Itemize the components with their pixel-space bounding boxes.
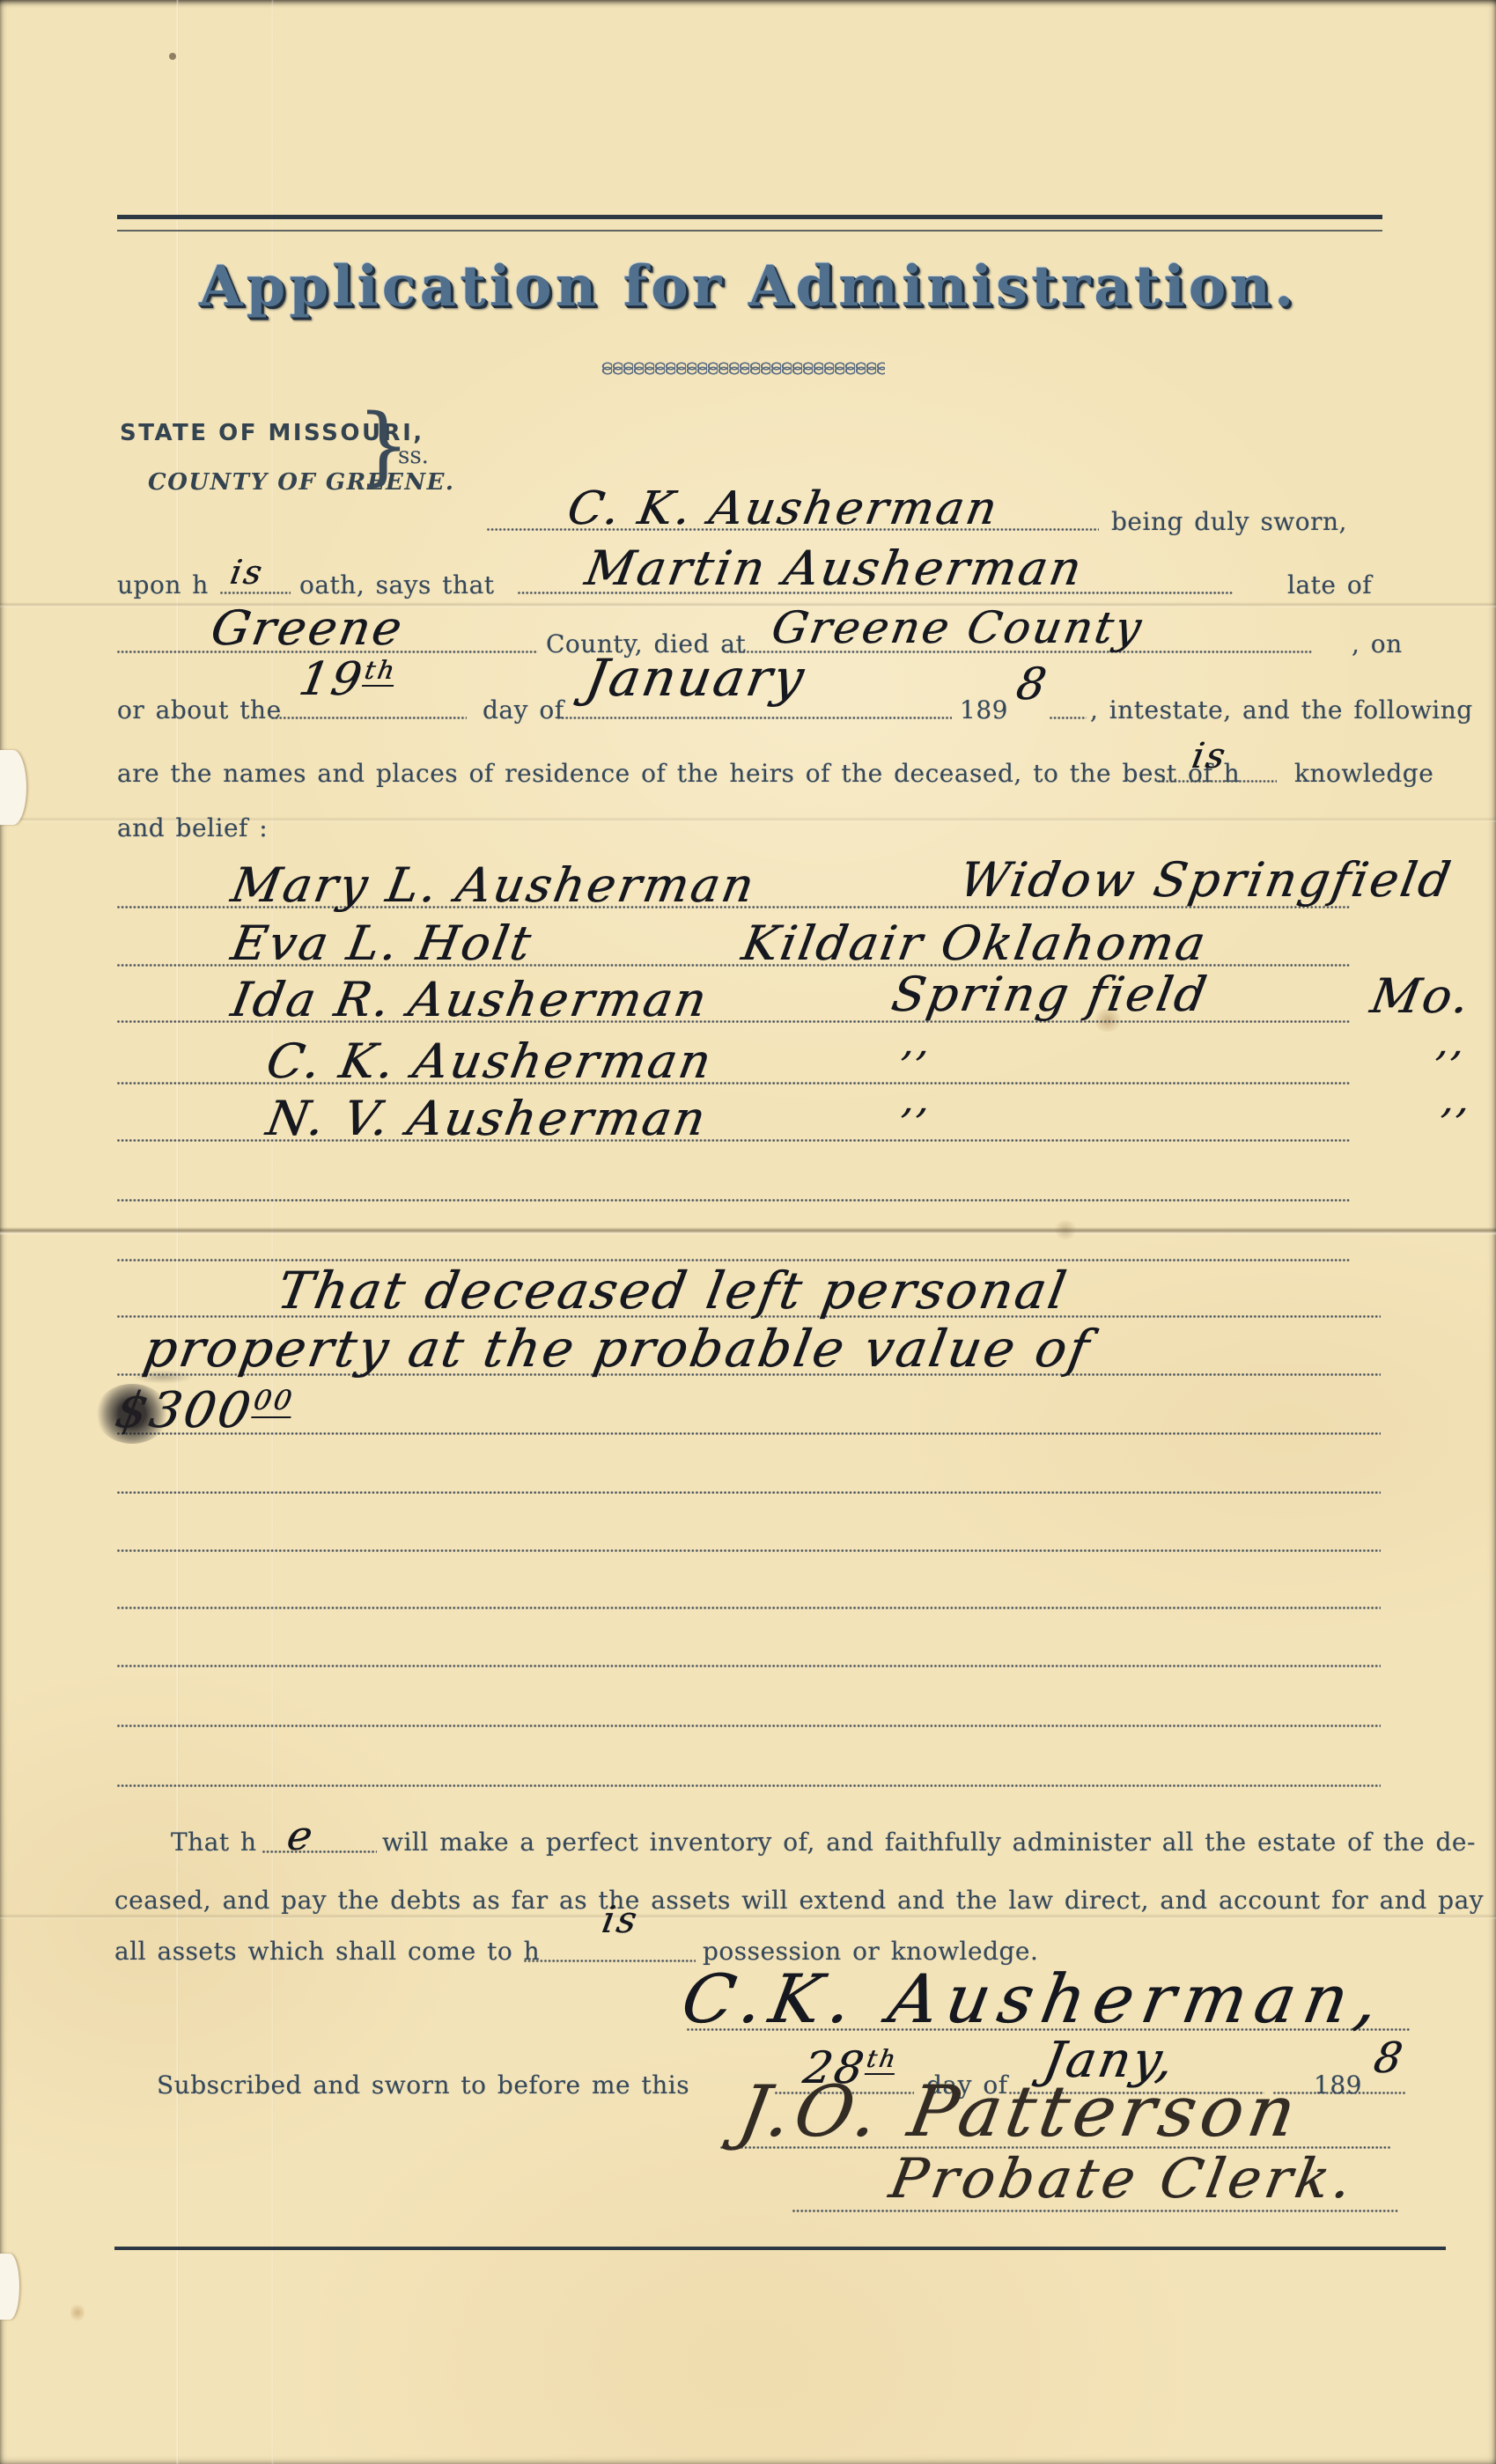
year-digit-hw: 8: [1013, 658, 1052, 710]
year-digit-hw: 8: [1370, 2034, 1408, 2083]
heir-residence-hw: Widow Springfield: [955, 852, 1456, 908]
stain-spot: [70, 2302, 85, 2323]
late-of-label: late of: [1287, 570, 1372, 599]
torn-edge: [0, 2254, 19, 2320]
heir-name-hw: N. V. Ausherman: [262, 1091, 711, 1146]
ss-label: ss.: [398, 443, 429, 469]
heir-name-hw: Mary L. Ausherman: [227, 857, 760, 913]
cents-superscript: 00: [251, 1385, 297, 1418]
affiant-name-hw: C. K. Ausherman: [564, 482, 1003, 535]
ink-speck: [169, 53, 176, 60]
torn-edge: [0, 750, 26, 825]
assets-clause-label: all assets which shall come to h: [114, 1937, 540, 1966]
top-rule-thick: [117, 215, 1382, 219]
heir-residence-hw: Spring field: [888, 967, 1212, 1022]
property-note-line1-hw: That deceased left personal: [273, 1261, 1072, 1320]
heir-state-hw: Mo.: [1367, 968, 1476, 1024]
blank-line: [524, 1960, 696, 1962]
property-note-line2-hw: property at the probable value of: [139, 1319, 1096, 1379]
his-hw: is: [227, 553, 267, 592]
heir-name-hw: Ida R. Ausherman: [227, 972, 713, 1027]
or-about-the-label: or about the: [117, 695, 282, 724]
year-printed-label: 189: [1314, 2070, 1362, 2100]
stain-spot: [1053, 1220, 1078, 1239]
blank-line: [271, 717, 467, 719]
heir-residence-hw: Kildair Oklahoma: [738, 916, 1212, 971]
horizontal-fold-crease: [0, 1227, 1496, 1235]
year-printed-label: 189: [960, 695, 1008, 724]
scanned-document-page: Application for Administration. STATE OF…: [0, 0, 1496, 2464]
document-title: Application for Administration.: [0, 254, 1496, 320]
blank-line: [117, 1607, 1381, 1609]
his-hw: is: [599, 1898, 643, 1941]
debts-clause-label: ceased, and pay the debts as far as the …: [114, 1886, 1484, 1915]
death-place-hw: Greene County: [768, 602, 1147, 653]
inventory-clause-label: will make a perfect inventory of, and fa…: [382, 1828, 1476, 1857]
blank-line: [220, 592, 291, 594]
blank-line: [117, 1199, 1350, 1202]
property-value-hw: $30000: [111, 1382, 297, 1439]
day-ordinal-suffix: th: [362, 655, 399, 687]
clerk-signature-hw: J.O. Patterson: [733, 2070, 1307, 2152]
upon-h-label: upon h: [117, 570, 209, 599]
blank-line: [117, 1549, 1381, 1552]
on-label: , on: [1352, 629, 1403, 658]
blank-line: [1158, 780, 1277, 783]
intestate-label: , intestate, and the following: [1090, 695, 1473, 724]
blank-line: [117, 1432, 1381, 1435]
being-duly-sworn-label: being duly sworn,: [1111, 507, 1347, 536]
affiant-signature-hw: C.K. Ausherman,: [676, 1960, 1393, 2038]
top-rule-thin: [117, 230, 1382, 232]
blank-line: [117, 1784, 1381, 1787]
death-month-hw: January: [581, 648, 811, 708]
clerk-title-hw: Probate Clerk.: [885, 2146, 1360, 2210]
knowledge-label: knowledge: [1294, 759, 1433, 788]
blank-line: [262, 1850, 377, 1853]
death-day-hw: 19th: [295, 653, 400, 706]
subscribed-label: Subscribed and sworn to before me this: [157, 2070, 689, 2100]
heir-name-hw: Eva L. Holt: [227, 916, 537, 971]
blank-line: [117, 1491, 1381, 1494]
ditto-marks: ’’: [1433, 1101, 1471, 1146]
blank-line: [1050, 717, 1087, 719]
and-belief-label: and belief :: [117, 813, 268, 842]
blank-line: [117, 1725, 1381, 1727]
decedent-name-hw: Martin Ausherman: [581, 541, 1088, 596]
blank-line: [557, 717, 952, 719]
his-hw: is: [1189, 736, 1230, 776]
heir-name-hw: C. K. Ausherman: [262, 1033, 718, 1089]
oath-says-that-label: oath, says that: [299, 570, 495, 599]
chain-ornament-divider: [601, 362, 885, 375]
that-h-label: That h: [171, 1828, 257, 1857]
day-of-label: day of: [483, 695, 564, 724]
blank-line: [117, 1665, 1381, 1667]
county-hw: Greene: [207, 600, 409, 656]
bottom-rule: [114, 2247, 1446, 2250]
ditto-marks: ’’: [1428, 1044, 1466, 1089]
heirs-intro-label: are the names and places of residence of…: [117, 759, 1240, 788]
